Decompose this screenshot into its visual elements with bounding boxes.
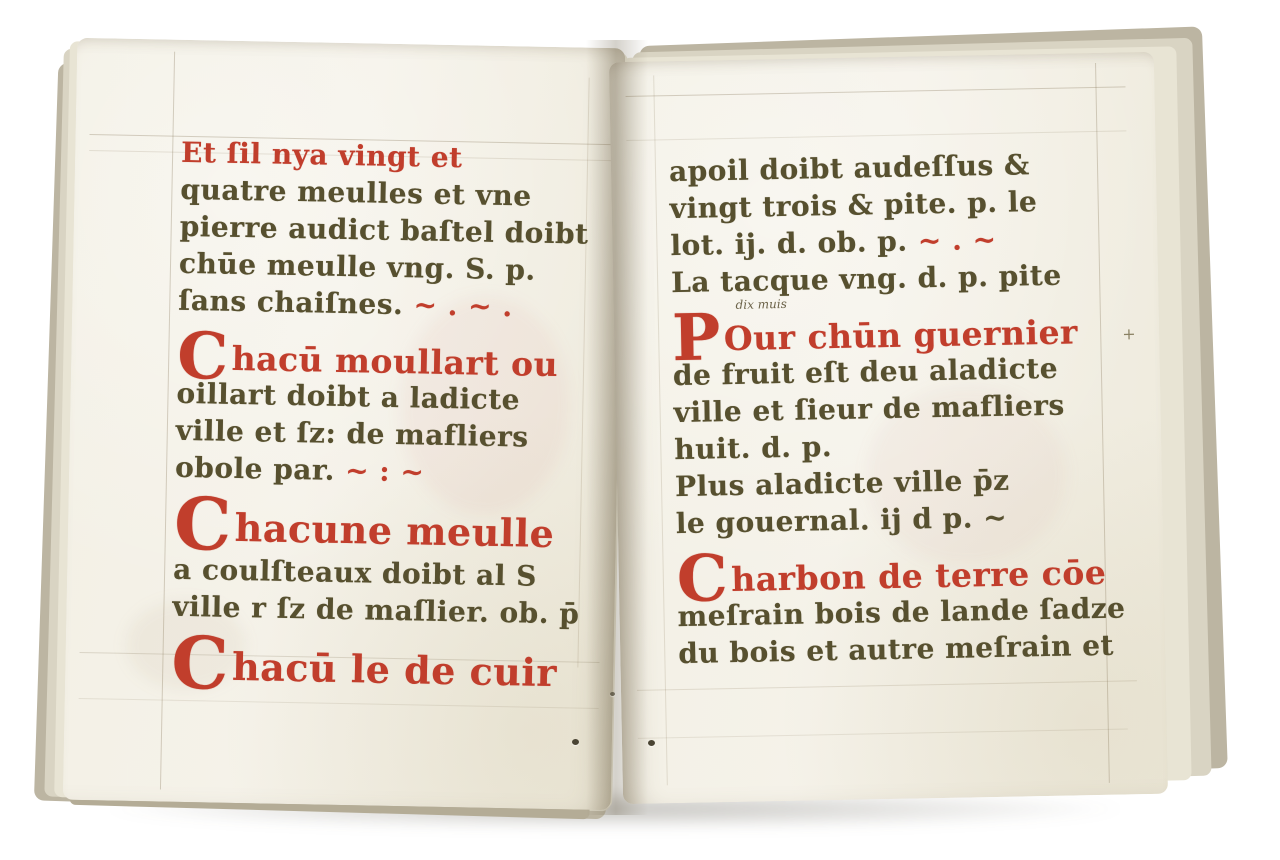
rubricated-initial: P <box>672 318 721 359</box>
manuscript-line: La tacque vng. d. p. pite <box>671 256 1120 302</box>
ink-text: a coulſteaux doibt al S <box>173 553 537 593</box>
ink-text: vingt trois & pite. p. le <box>669 185 1037 225</box>
manuscript-line: Chacune meulle <box>174 495 584 559</box>
rubric-text: ~ . ~ <box>918 223 997 258</box>
manuscript-line: le gouernal. ij d p. ~ <box>675 497 1124 543</box>
rubricated-initial: C <box>177 337 229 378</box>
ink-text: ville et ſieur de mafliers <box>673 389 1065 430</box>
left-text-column: Et ſil nya vingt etquatre meulles et vne… <box>171 134 590 698</box>
wormhole <box>572 739 579 745</box>
ruling-line <box>626 130 1126 141</box>
manuscript-line: ville r ſz de maſlier. ob. p̄ <box>172 588 581 633</box>
right-page: apoil doibt audeſſus &vingt trois & pite… <box>609 52 1168 804</box>
left-page: Et ſil nya vingt etquatre meulles et vne… <box>63 38 626 810</box>
rubricated-initial: C <box>174 504 233 545</box>
rubricated-initial: C <box>676 559 728 600</box>
ink-text: apoil doibt audeſſus & <box>669 148 1030 188</box>
ink-text: ſans chaiſnes. <box>178 284 414 322</box>
ink-text: le gouernal. ij d p. ~ <box>675 501 1007 540</box>
rubric-text: ~ . ~ . <box>413 288 513 323</box>
ink-text: Plus aladicte ville p̄z <box>675 464 1010 503</box>
manuscript-line: Chacū moullart ou <box>177 328 587 383</box>
ruling-line <box>79 698 599 709</box>
ink-text: chūe meulle vng. S. p. <box>179 247 536 287</box>
ink-text: pierre audict baſtel doibt <box>179 210 588 251</box>
interlinear-gloss: dix muis <box>735 297 786 312</box>
manuscript-line: ſans chaiſnes. ~ . ~ . <box>178 282 587 327</box>
ruling-line <box>626 86 1126 97</box>
ink-text: du bois et autre meſrain et <box>678 629 1114 670</box>
rubric-text: Et ſil nya vingt et <box>181 136 463 174</box>
ruling-line <box>653 75 668 785</box>
ink-text: oillart doibt a ladicte <box>176 377 520 417</box>
ink-text: ville et ſz: de mafliers <box>176 414 529 454</box>
ruling-line <box>638 728 1128 738</box>
wormhole <box>610 692 615 696</box>
photograph-of-manuscript: Et ſil nya vingt etquatre meulles et vne… <box>0 0 1280 860</box>
margin-plus-mark: + <box>1122 324 1136 343</box>
manuscript-line: Charbon de terre cōe <box>676 542 1125 598</box>
rubric-text: ~ : ~ <box>345 454 425 489</box>
manuscript-line: obole par. ~ : ~ <box>175 449 584 494</box>
ruling-line <box>637 680 1137 691</box>
ink-text: huit. d. p. <box>674 430 832 466</box>
rubric-text: hacune meulle <box>234 505 554 556</box>
rubricated-initial: C <box>171 643 230 684</box>
ink-text: lot. ij. d. ob. p. <box>670 224 918 262</box>
ink-text: ville r ſz de maſlier. ob. p̄ <box>172 590 580 631</box>
right-text-column: apoil doibt audeſſus &vingt trois & pite… <box>669 145 1127 673</box>
gutter-shadow <box>586 40 648 815</box>
rubric-text: hacū le de cuir <box>232 644 558 695</box>
wormhole <box>648 740 655 746</box>
manuscript-line: du bois et autre meſrain et <box>678 626 1127 672</box>
ink-text: La tacque vng. d. p. pite <box>671 259 1062 299</box>
ink-text: de fruit eſt deu aladicte <box>673 352 1059 392</box>
manuscript-line: Chacū le de cuir <box>171 634 581 698</box>
ink-text: quatre meulles et vne <box>180 173 532 213</box>
